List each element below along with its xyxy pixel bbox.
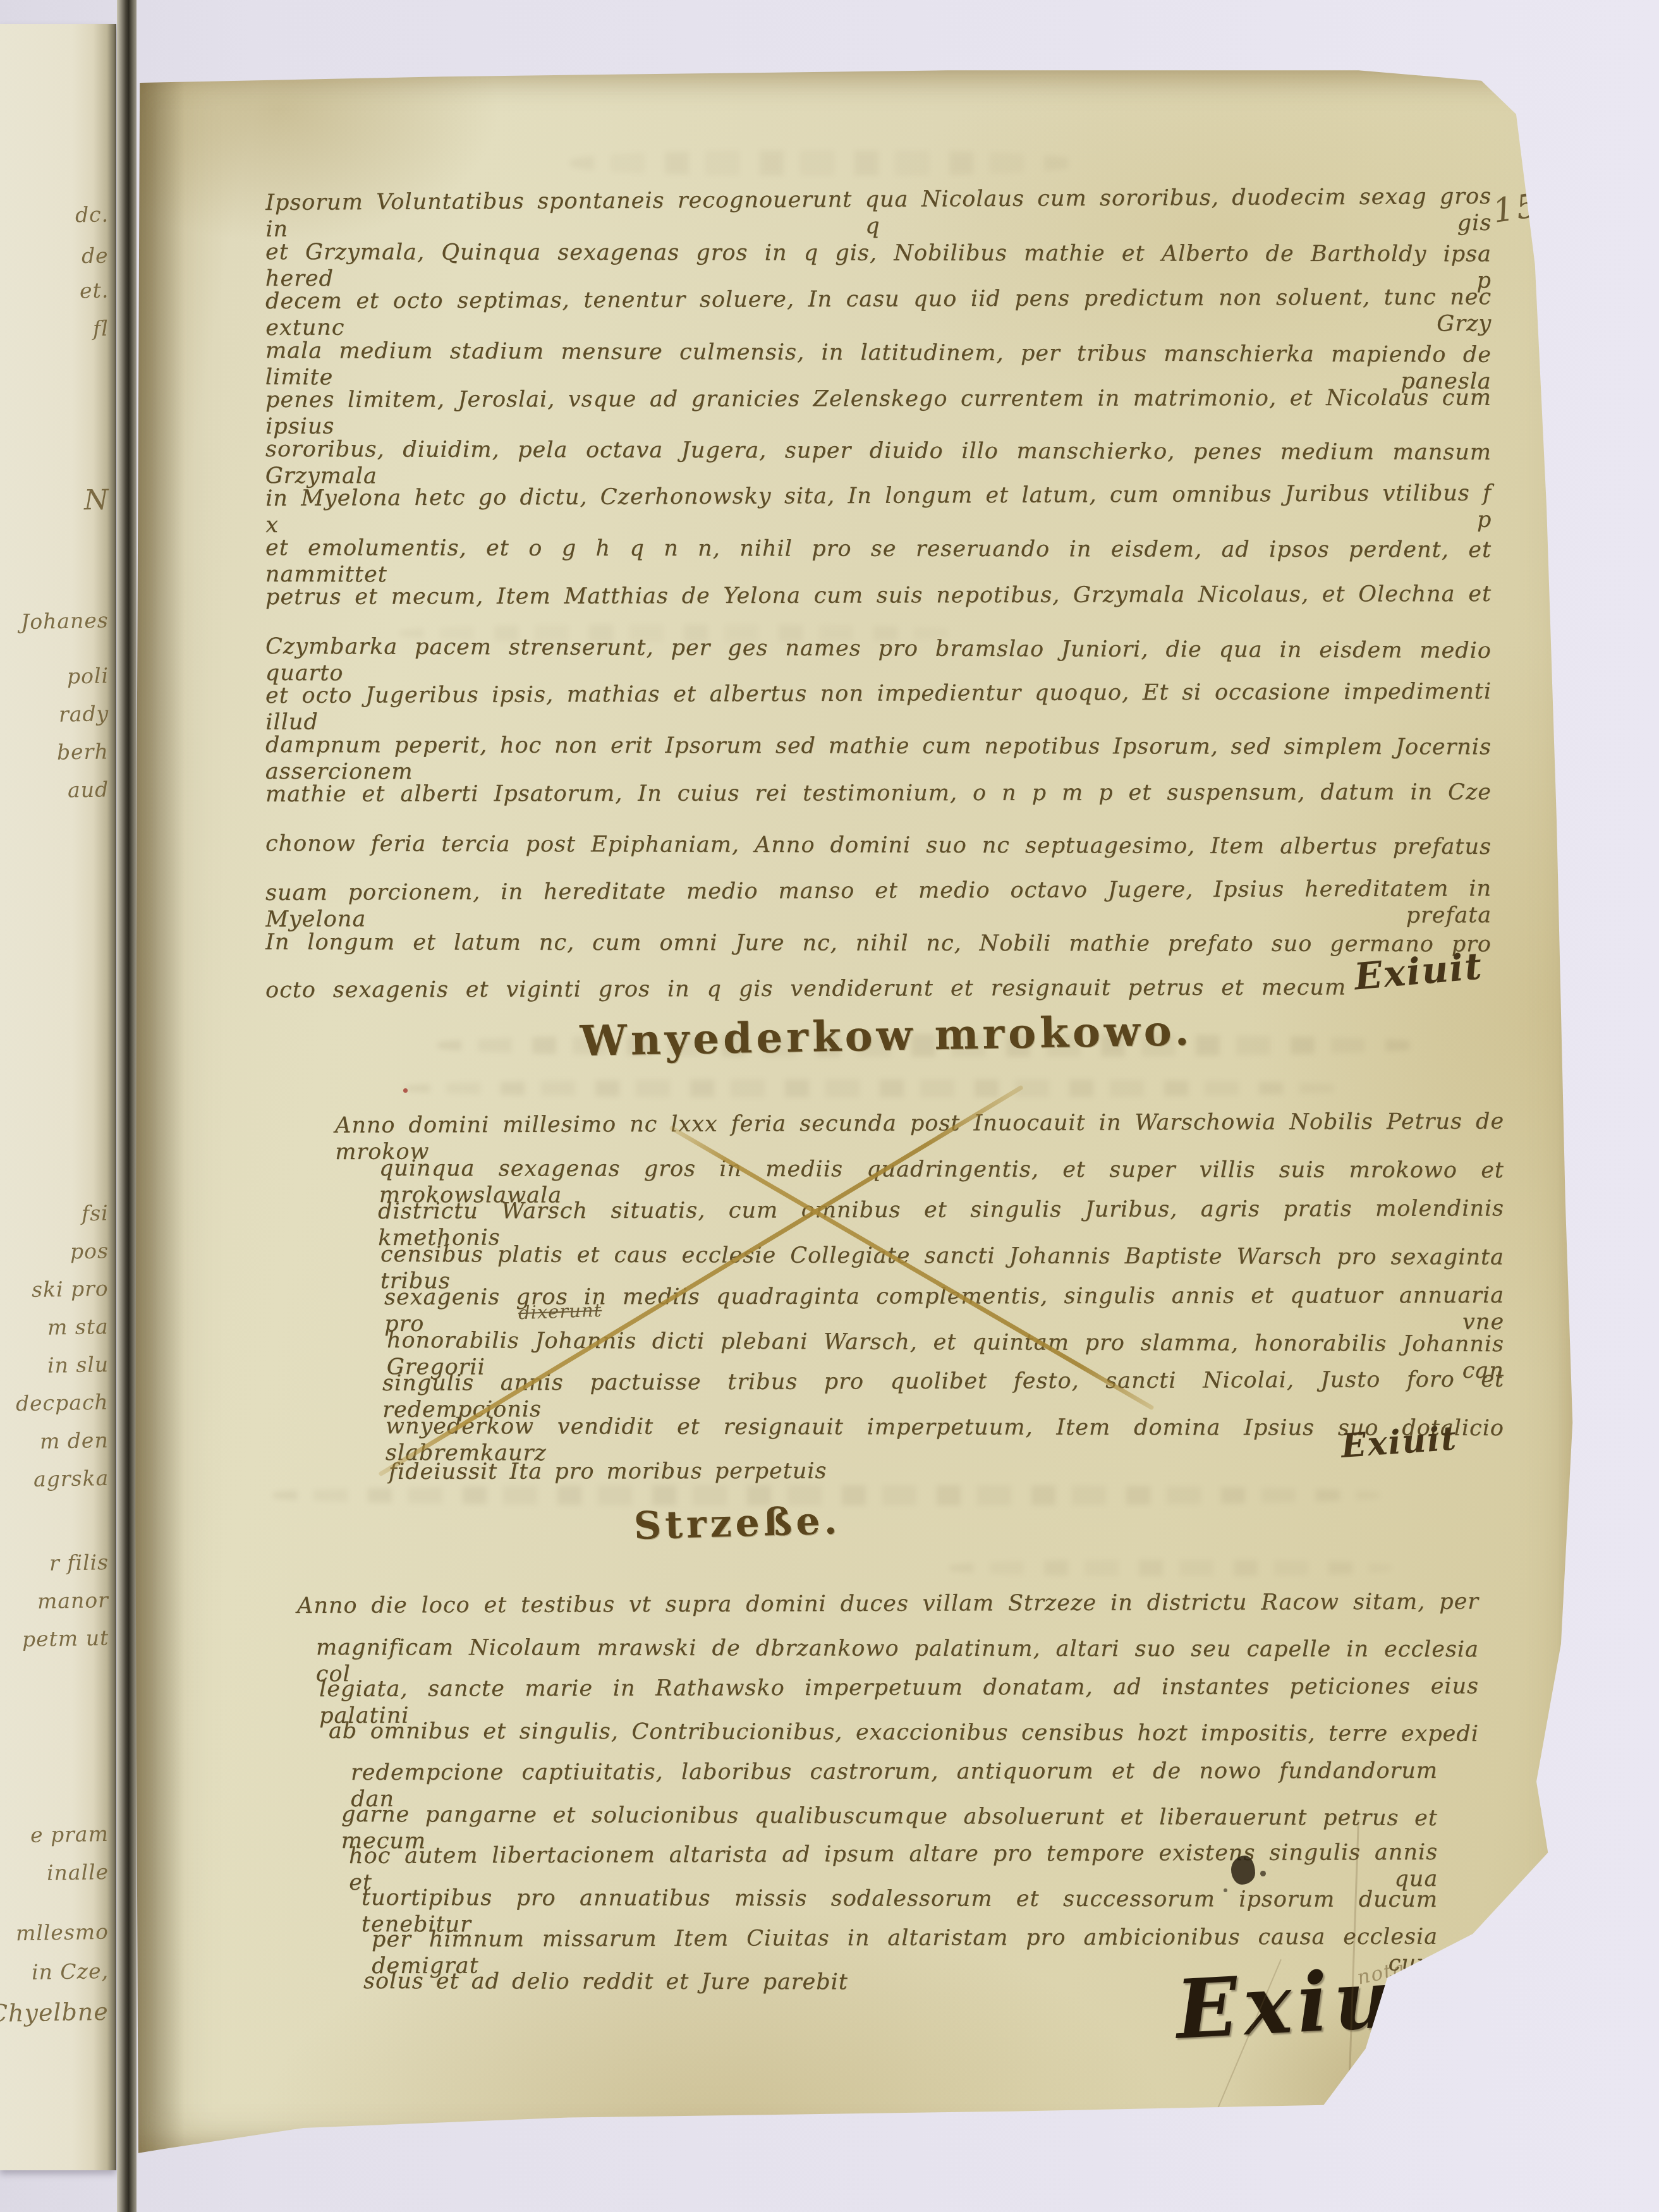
- binding-rod: [117, 0, 137, 2212]
- facing-fragment: aud: [68, 777, 109, 802]
- facing-fragment: m den: [40, 1428, 109, 1454]
- ink-showthrough: [406, 1079, 1354, 1097]
- facing-fragment: ski pro: [32, 1276, 109, 1302]
- manuscript-line: mathie et alberti Ipsatorum, In cuius re…: [265, 779, 1492, 808]
- facing-fragment: decpach: [16, 1390, 109, 1416]
- facing-fragment: et.: [79, 278, 109, 303]
- manuscript-line: octo sexagenis et viginti gros in q gis …: [265, 975, 1346, 1004]
- facing-fragment: e pram: [30, 1821, 109, 1847]
- facing-fragment: fl: [93, 316, 109, 341]
- facing-fragment: inalle: [47, 1859, 109, 1885]
- facing-fragment: in slu: [47, 1352, 109, 1378]
- manuscript-line: et octo Jugeribus ipsis, mathias et albe…: [265, 678, 1492, 736]
- entry-heading-strzeze: Strzeße.: [633, 1498, 841, 1548]
- facing-fragment: agrska: [33, 1466, 109, 1492]
- manuscript-line: fideiussit Ita pro moribus perpetuis: [389, 1458, 827, 1485]
- ink-speck: [1224, 1888, 1227, 1892]
- gutter-shadow: [134, 68, 185, 2155]
- facing-fragment: m sta: [47, 1314, 109, 1340]
- manuscript-line: Anno die loco et testibus vt supra domin…: [297, 1588, 1479, 1619]
- entry-heading-wnyederkow: Wnyederkow mrokowo.: [580, 1006, 1193, 1066]
- facing-fragment: dc.: [75, 202, 109, 228]
- manuscript-line: penes limitem, Jeroslai, vsque ad granic…: [265, 385, 1492, 440]
- manuscript-line: In longum et latum nc, cum omni Jure nc,…: [265, 929, 1492, 957]
- facing-fragment: poli: [67, 663, 109, 688]
- parchment-page: 152. Ipsorum Voluntatibus spontaneis rec…: [134, 68, 1581, 2155]
- red-speck: [403, 1088, 408, 1093]
- ink-showthrough: [570, 150, 1076, 176]
- exiuit-mark-large: Exiuit: [1174, 1947, 1480, 2058]
- manuscript-line: Ipsorum Voluntatibus spontaneis recognou…: [265, 183, 1492, 243]
- facing-page-edge: dc. de et. fl N Johanes poli rady berh a…: [0, 24, 116, 2170]
- ink-showthrough: [949, 1560, 1392, 1576]
- manuscript-scan: { "page_number": "152.", "sections": [ {…: [0, 0, 1659, 2212]
- facing-fragment: Johanes: [21, 608, 109, 634]
- ink-speck: [1260, 1871, 1266, 1876]
- manuscript-line: suam porcionem, in hereditate medio mans…: [265, 875, 1492, 933]
- struck-insert-word: dixerunt: [518, 1299, 602, 1324]
- facing-fragment: de Chyelbne: [0, 1998, 109, 2028]
- page-number: 152.: [1490, 181, 1578, 231]
- ink-blot: [1231, 1856, 1255, 1885]
- facing-fragment: de: [82, 243, 109, 269]
- facing-fragment: manor: [37, 1588, 109, 1613]
- facing-fragment: petm ut: [21, 1626, 109, 1651]
- manuscript-line: chonow feria tercia post Epiphaniam, Ann…: [265, 830, 1492, 860]
- manuscript-line: ab omnibus et singulis, Contribucionibus…: [329, 1718, 1479, 1747]
- manuscript-line: solus et ad delio reddit et Jure parebit: [363, 1968, 848, 1995]
- facing-fragment: rady: [58, 701, 109, 726]
- facing-fragment: r filis: [49, 1550, 109, 1576]
- manuscript-line: decem et octo septimas, tenentur soluere…: [265, 284, 1492, 341]
- facing-fragment: mllesmo: [16, 1919, 109, 1946]
- facing-fragment: in Cze,: [32, 1959, 109, 1984]
- facing-fragment: N: [83, 484, 109, 517]
- manuscript-line: in Myelona hetc go dictu, Czerhonowsky s…: [265, 480, 1492, 538]
- facing-fragment: pos: [70, 1238, 109, 1263]
- exiuit-mark: Exiuit: [1340, 1419, 1459, 1466]
- manuscript-line: petrus et mecum, Item Matthias de Yelona…: [265, 581, 1492, 611]
- facing-fragment: berh: [57, 739, 109, 764]
- facing-fragment: fsi: [82, 1201, 109, 1226]
